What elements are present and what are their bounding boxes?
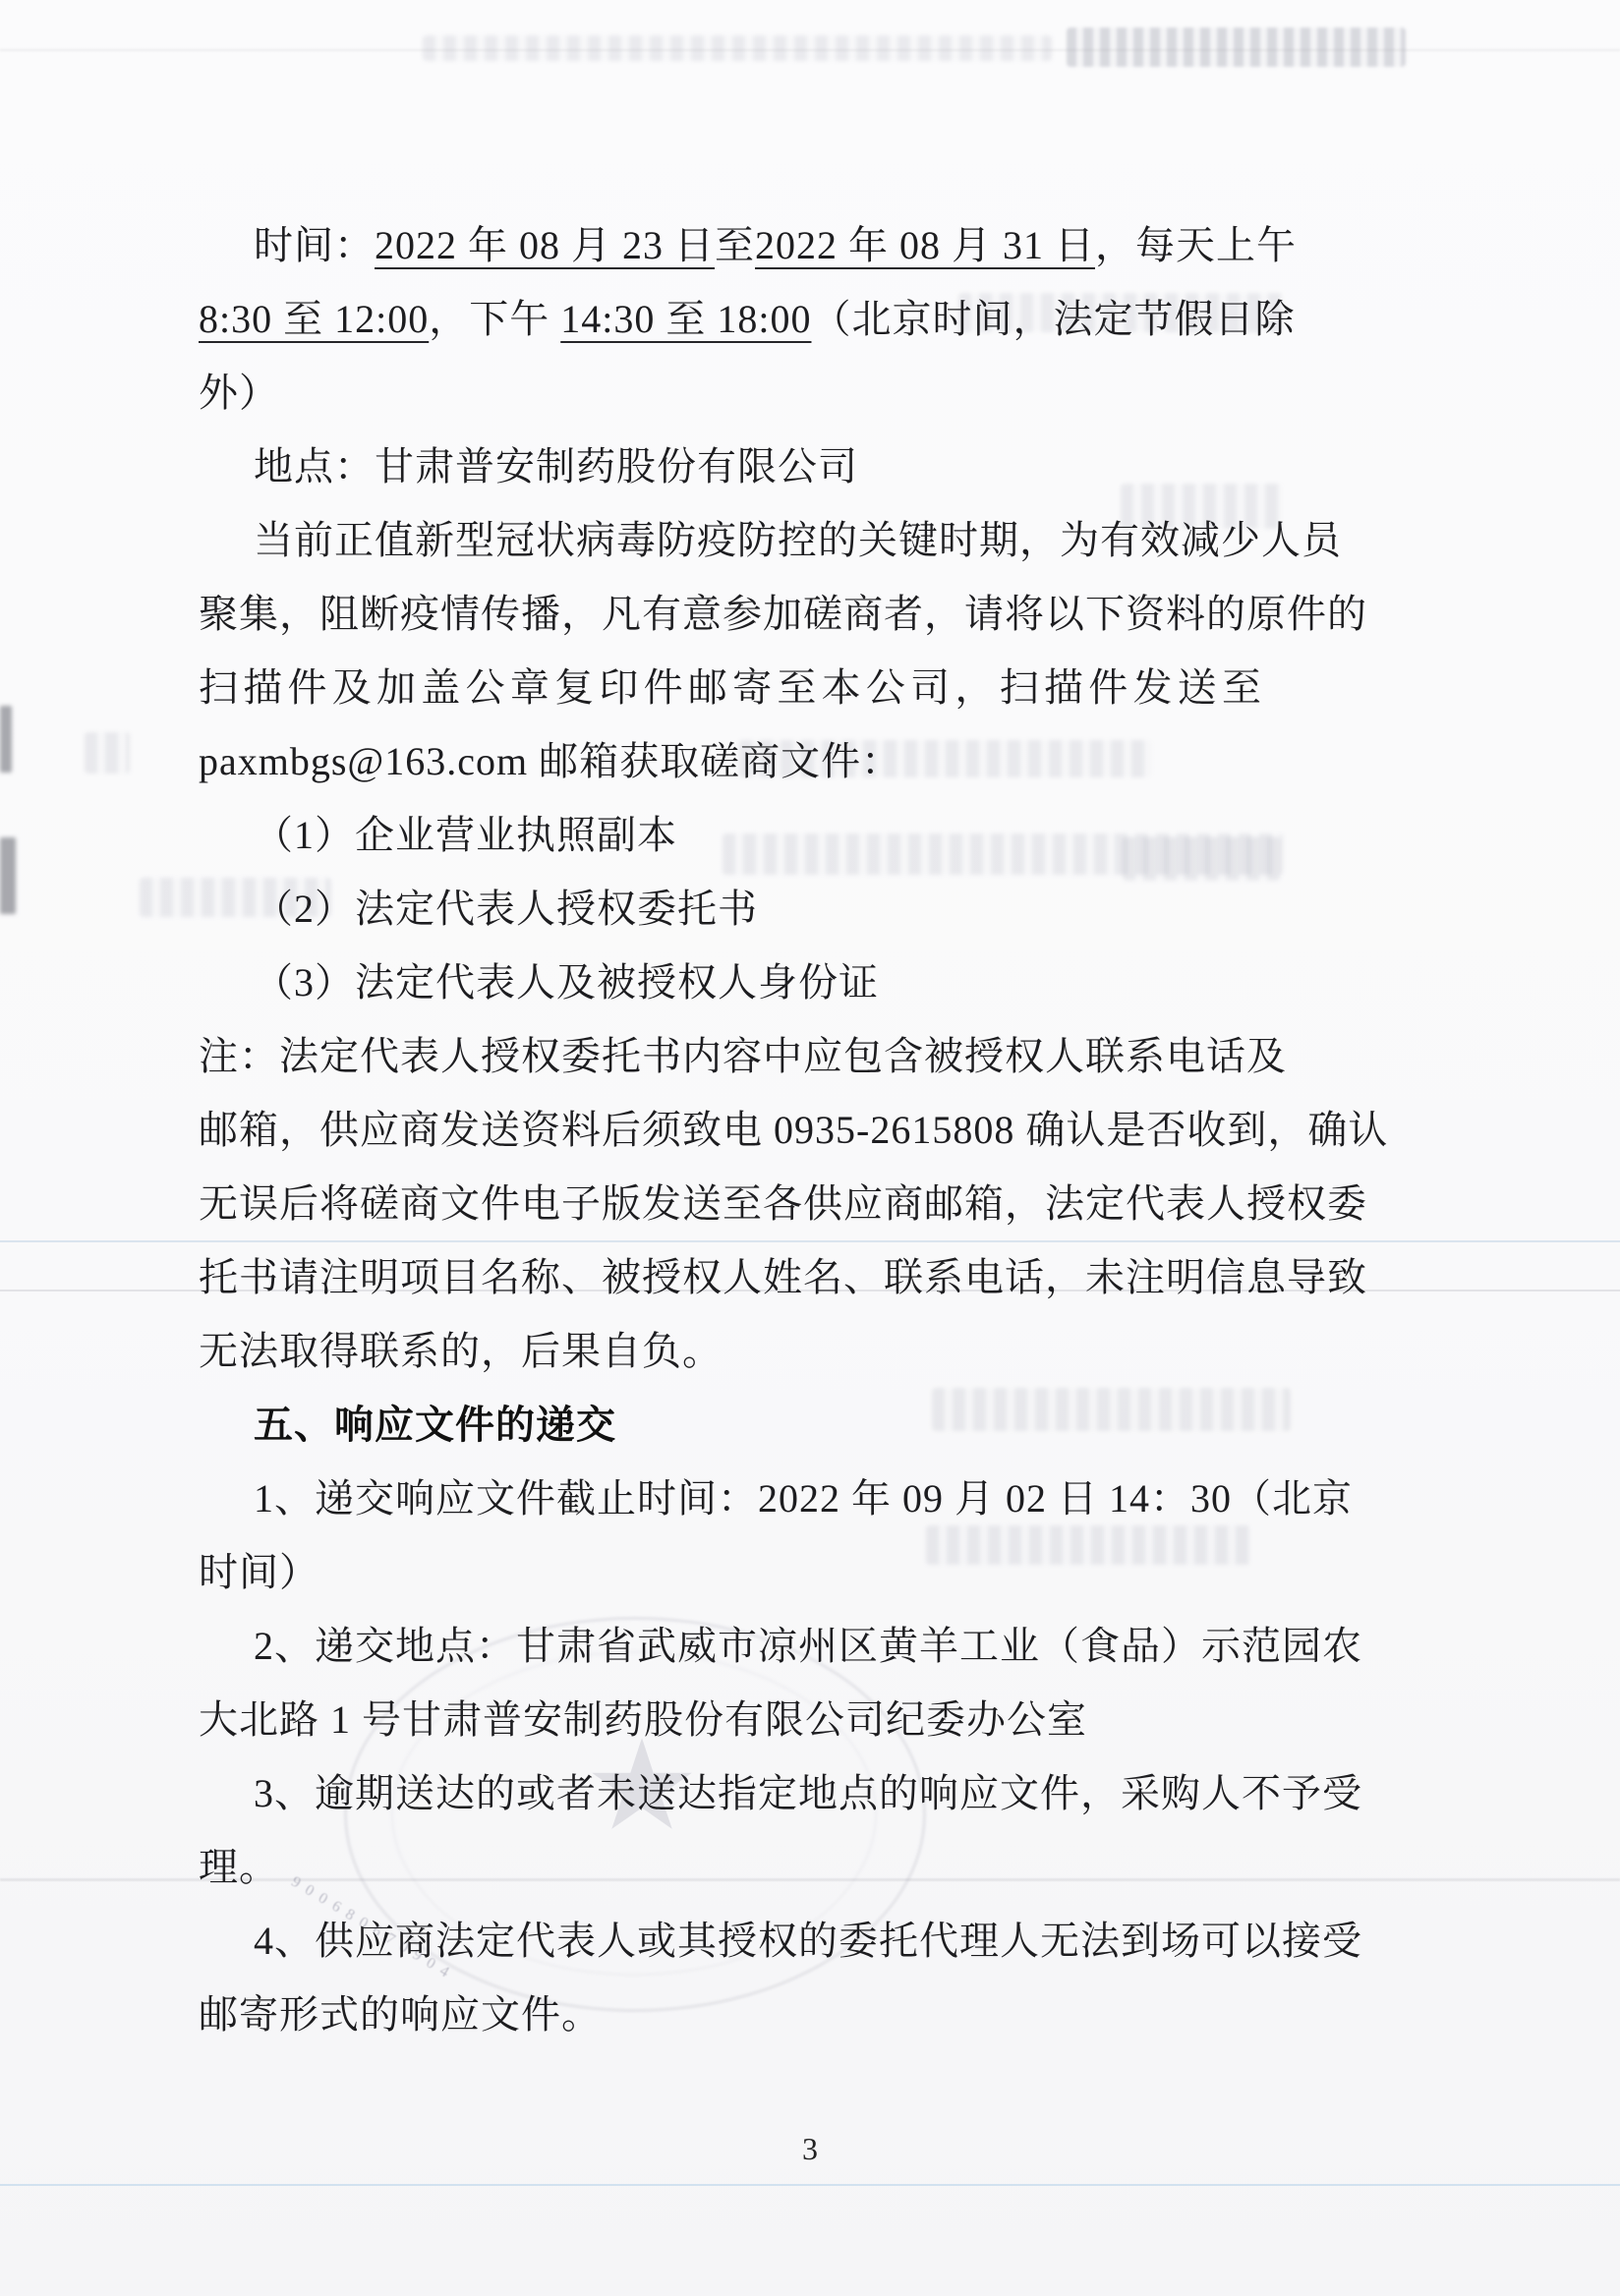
text-segment: 时间： [254,223,375,267]
text-segment: 2、递交地点：甘肃省武威市凉州区黄羊工业（食品）示范园农 [254,1624,1362,1668]
text-line: 注：法定代表人授权委托书内容中应包含被授权人联系电话及 [199,1019,1262,1093]
text-segment: 邮箱，供应商发送资料后须致电 0935-2615808 确认是否收到，确认 [199,1108,1388,1152]
scanned-document-page: { "page": { "number": "3" }, "document":… [0,0,1620,2296]
text-line: 无法取得联系的，后果自负。 [199,1314,1262,1388]
bleedthrough-smudge [423,35,1052,61]
text-line: 4、供应商法定代表人或其授权的委托代理人无法到场可以接受 [199,1904,1262,1978]
document-lines: 时间：2022 年 08 月 23 日至2022 年 08 月 31 日，每天上… [199,208,1262,2051]
text-segment: 外） [199,371,279,415]
text-segment: 1、递交响应文件截止时间：2022 年 09 月 02 日 14：30（北京 [254,1476,1353,1521]
text-segment: （1）企业营业执照副本 [254,813,677,857]
text-line: 邮寄形式的响应文件。 [199,1978,1262,2051]
text-segment: 4、供应商法定代表人或其授权的委托代理人无法到场可以接受 [254,1919,1362,1963]
text-line: 当前正值新型冠状病毒防疫防控的关键时期，为有效减少人员 [199,503,1262,577]
text-line: （2）法定代表人授权委托书 [199,872,1262,946]
underlined-text: 14:30 至 18:00 [560,297,811,341]
underlined-text: 2022 年 08 月 23 日 [375,223,715,267]
text-line: （3）法定代表人及被授权人身份证 [199,946,1262,1019]
text-segment: 时间） [199,1550,319,1594]
text-segment: （北京时间，法定节假日除 [811,297,1295,341]
text-line: paxmbgs@163.com 邮箱获取磋商文件： [199,724,1262,798]
text-segment: ，下午 [429,297,560,341]
bleedthrough-smudge [85,732,130,774]
text-segment: 3、逾期送达的或者未送达指定地点的响应文件，采购人不予受 [254,1771,1362,1815]
text-line: 扫描件及加盖公章复印件邮寄至本公司，扫描件发送至 [199,651,1262,724]
text-line: 2、递交地点：甘肃省武威市凉州区黄羊工业（食品）示范园农 [199,1609,1262,1683]
scan-edge-mark [0,706,12,773]
text-line: 聚集，阻断疫情传播，凡有意参加磋商者，请将以下资料的原件的 [199,577,1262,651]
text-line: 时间：2022 年 08 月 23 日至2022 年 08 月 31 日，每天上… [199,208,1262,282]
text-segment: 五、响应文件的递交 [254,1403,616,1447]
text-line: 理。 [199,1830,1262,1904]
underlined-text: 2022 年 08 月 31 日 [755,223,1095,267]
text-line: 地点：甘肃普安制药股份有限公司 [199,430,1262,503]
text-segment: 扫描件及加盖公章复印件邮寄至本公司，扫描件发送至 [199,665,1262,710]
bleedthrough-smudge [1067,28,1406,67]
text-line: 无误后将磋商文件电子版发送至各供应商邮箱，法定代表人授权委 [199,1167,1262,1240]
page-number: 3 [0,2131,1620,2167]
text-segment: 聚集，阻断疫情传播，凡有意参加磋商者，请将以下资料的原件的 [199,592,1367,636]
scan-line-artifact [0,2184,1620,2186]
text-segment: 大北路 1 号甘肃普安制药股份有限公司纪委办公室 [199,1697,1087,1742]
text-line: 外） [199,356,1262,430]
text-segment: 注：法定代表人授权委托书内容中应包含被授权人联系电话及 [199,1034,1287,1078]
underlined-text: 8:30 至 12:00 [199,297,429,341]
text-line: 托书请注明项目名称、被授权人姓名、联系电话，未注明信息导致 [199,1240,1262,1314]
text-line: 时间） [199,1535,1262,1609]
text-segment: 至 [715,223,755,267]
text-segment: 邮寄形式的响应文件。 [199,1992,602,2037]
text-segment: 托书请注明项目名称、被授权人姓名、联系电话，未注明信息导致 [199,1255,1367,1299]
text-line: 邮箱，供应商发送资料后须致电 0935-2615808 确认是否收到，确认 [199,1093,1262,1167]
text-line: 8:30 至 12:00，下午 14:30 至 18:00（北京时间，法定节假日… [199,282,1262,356]
text-segment: paxmbgs@163.com 邮箱获取磋商文件： [199,739,901,783]
text-segment: 当前正值新型冠状病毒防疫防控的关键时期，为有效减少人员 [254,518,1342,562]
text-line: 大北路 1 号甘肃普安制药股份有限公司纪委办公室 [199,1683,1262,1756]
text-line: 1、递交响应文件截止时间：2022 年 09 月 02 日 14：30（北京 [199,1462,1262,1535]
scan-edge-mark [0,837,16,914]
text-line: 五、响应文件的递交 [199,1388,1262,1462]
text-segment: 理。 [199,1845,279,1889]
text-segment: （3）法定代表人及被授权人身份证 [254,960,879,1004]
text-segment: ，每天上午 [1095,223,1297,267]
text-segment: 无误后将磋商文件电子版发送至各供应商邮箱，法定代表人授权委 [199,1181,1367,1226]
text-line: 3、逾期送达的或者未送达指定地点的响应文件，采购人不予受 [199,1756,1262,1830]
text-line: （1）企业营业执照副本 [199,798,1262,872]
text-segment: 地点：甘肃普安制药股份有限公司 [254,444,858,488]
scan-line-artifact [0,49,1620,51]
text-segment: 无法取得联系的，后果自负。 [199,1329,723,1373]
text-segment: （2）法定代表人授权委托书 [254,887,758,931]
